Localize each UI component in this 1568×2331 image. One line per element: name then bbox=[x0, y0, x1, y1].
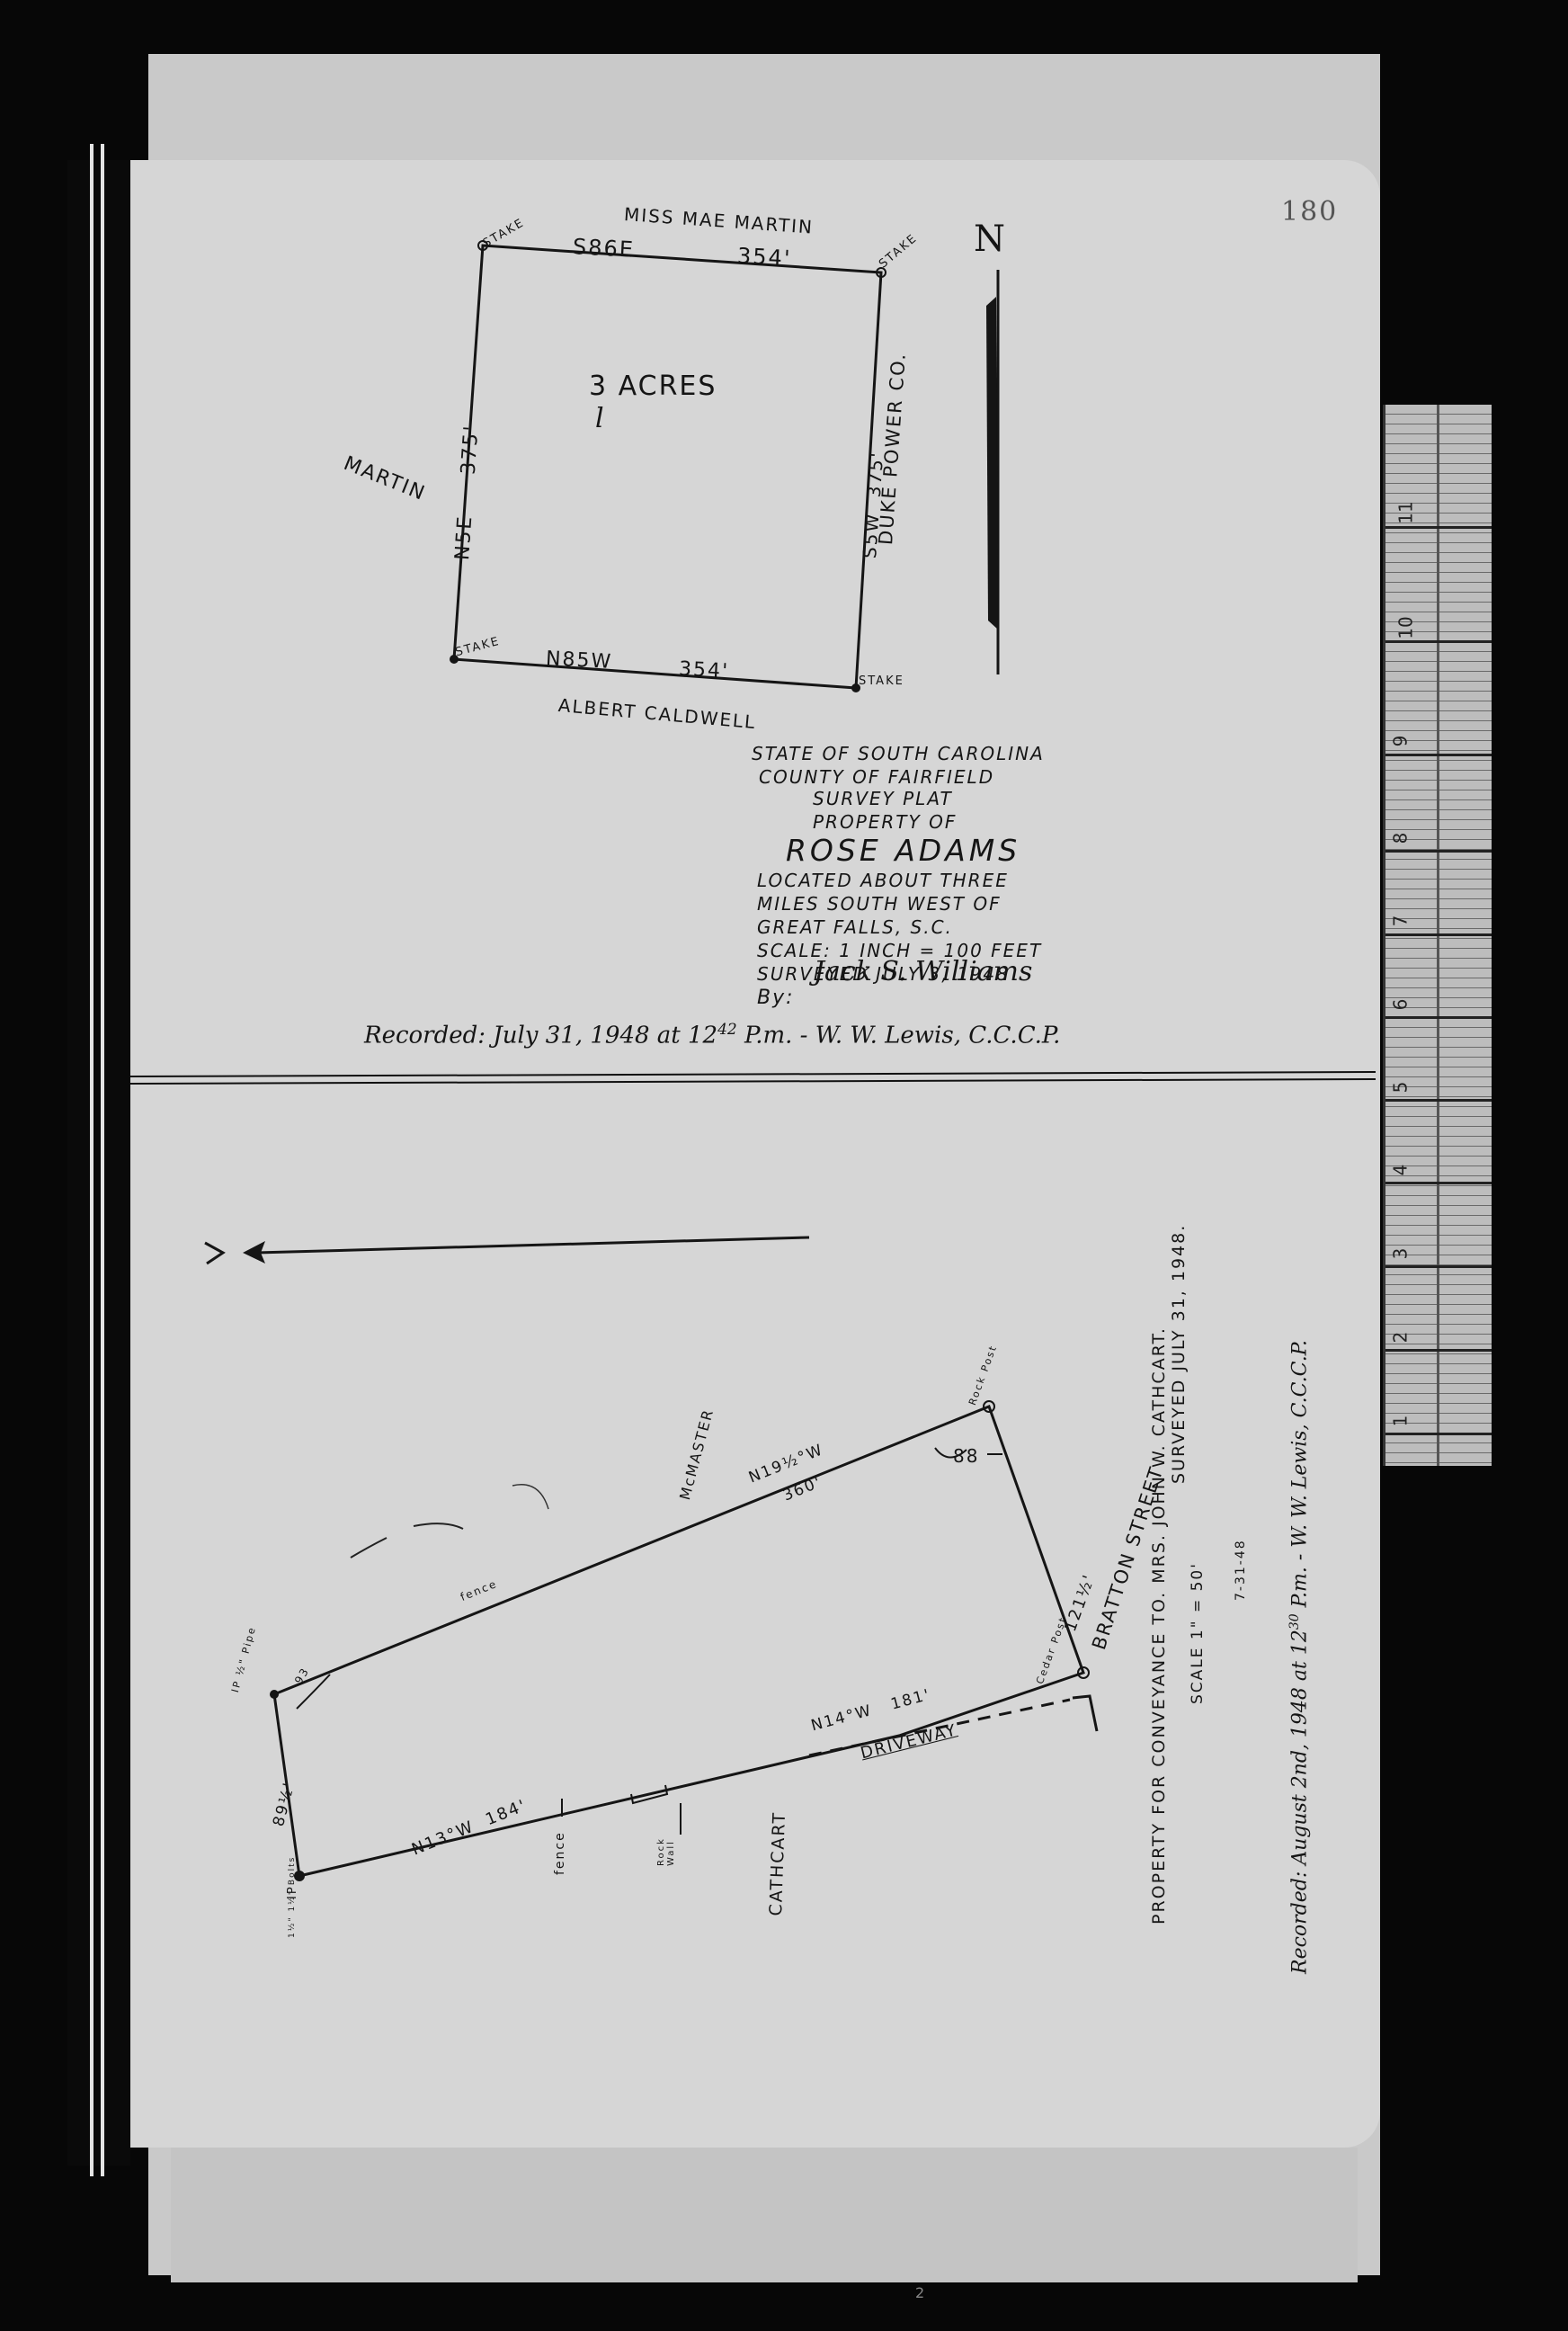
ruler-label: 11 bbox=[1395, 501, 1417, 523]
recorded-suffix: P.m. - W. W. Lewis, C.C.C.P. bbox=[1288, 1340, 1311, 1607]
ruler-tick bbox=[1385, 1016, 1492, 1019]
plat2-drawing bbox=[0, 0, 1568, 2331]
ruler-label: 7 bbox=[1389, 915, 1411, 927]
ruler-tick bbox=[1385, 1265, 1492, 1268]
ruler-label: 4 bbox=[1389, 1165, 1411, 1176]
ruler-tick bbox=[1385, 1349, 1492, 1352]
ruler-tick bbox=[1385, 1182, 1492, 1184]
ruler-label: 3 bbox=[1389, 1248, 1411, 1260]
recorded-text: Recorded: August 2nd, 1948 at 12 bbox=[1288, 1630, 1311, 1974]
ruler-tick bbox=[1385, 1099, 1492, 1102]
ruler-tick bbox=[1385, 526, 1492, 529]
recorded-minutes: 30 bbox=[1287, 1613, 1302, 1630]
measurement-ruler: 11 10 9 8 7 6 5 4 3 2 1 bbox=[1383, 405, 1492, 1466]
ruler-tick bbox=[1385, 754, 1492, 756]
ruler-tick bbox=[1385, 640, 1492, 643]
corner-sw-note: 1½" 1½" Bolts bbox=[288, 1856, 297, 1938]
plat2-date-note: 7-31-48 bbox=[1234, 1539, 1248, 1601]
ruler-label: 10 bbox=[1395, 616, 1417, 639]
ruler-label: 8 bbox=[1389, 833, 1411, 844]
ruler-tick bbox=[1385, 933, 1492, 936]
footer-mark: 2 bbox=[915, 2284, 926, 2301]
ruler-label: 5 bbox=[1389, 1082, 1411, 1094]
fence-bottom-label: fence bbox=[553, 1831, 567, 1875]
ruler-label: 9 bbox=[1389, 736, 1411, 747]
plat2-survey-date: SURVEYED JULY 31, 1948. bbox=[1169, 1224, 1189, 1484]
angle-ne: 88 bbox=[953, 1445, 979, 1467]
ruler-label: 6 bbox=[1389, 999, 1411, 1011]
ruler-label: 1 bbox=[1389, 1416, 1411, 1427]
ruler-label: 2 bbox=[1389, 1332, 1411, 1344]
ruler-tick bbox=[1385, 1433, 1492, 1435]
rock-wall-label: Rock Wall bbox=[656, 1834, 676, 1866]
plat2-scale: SCALE 1" = 50' bbox=[1189, 1562, 1207, 1704]
plat2-title-line1: PROPERTY FOR CONVEYANCE TO. MRS. JOHN W.… bbox=[1149, 1326, 1169, 1925]
plat2-recording: Recorded: August 2nd, 1948 at 1230 P.m. … bbox=[1287, 1340, 1311, 1974]
adjoiner-south-2: CATHCART bbox=[766, 1811, 789, 1916]
ruler-tick bbox=[1385, 850, 1492, 853]
